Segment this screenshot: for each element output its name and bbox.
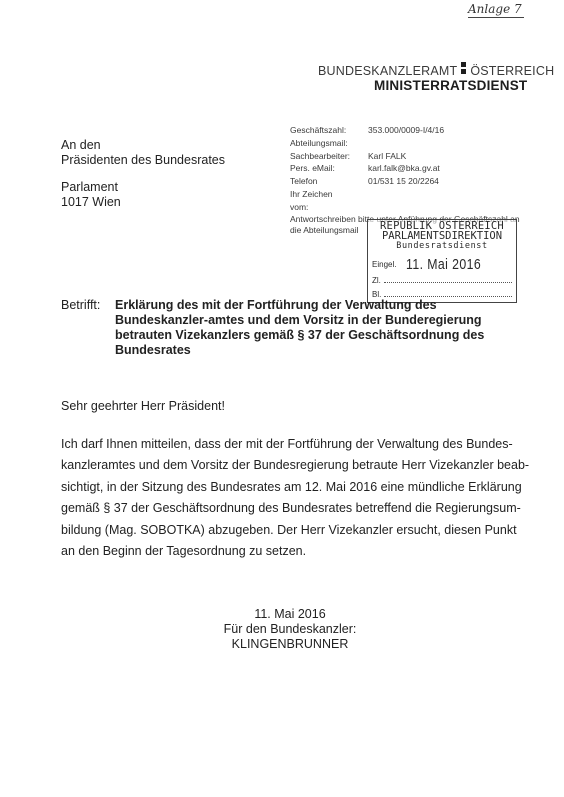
body-line: an den Beginn der Tagesordnung zu setzen… bbox=[61, 541, 517, 562]
subject-label: Betrifft: bbox=[61, 298, 115, 358]
stamp-received-date: 11. Mai 2016 bbox=[406, 256, 481, 273]
recipient-line: 1017 Wien bbox=[61, 195, 225, 210]
body-line: bildung (Mag. SOBOTKA) abzugeben. Der He… bbox=[61, 520, 517, 541]
reference-label: Ihr Zeichen bbox=[290, 188, 368, 201]
recipient-line: Präsidenten des Bundesrates bbox=[61, 153, 225, 168]
letterhead-department: MINISTERRATSDIENST bbox=[374, 78, 527, 93]
reference-label: Pers. eMail: bbox=[290, 162, 368, 175]
body-line: Ich darf Ihnen mitteilen, dass der mit d… bbox=[61, 434, 517, 455]
stamp-zl-label: Zl. bbox=[372, 276, 381, 285]
stamp-line: Bundesratsdienst bbox=[368, 242, 516, 251]
reference-value: 353.000/0009-I/4/16 bbox=[368, 124, 444, 137]
reference-value: Karl FALK bbox=[368, 150, 406, 163]
letterhead-organization: BUNDESKANZLERAMTÖSTERREICH bbox=[318, 62, 554, 78]
reference-row: Telefon01/531 15 20/2264 bbox=[290, 175, 444, 188]
reference-row: Sachbearbeiter:Karl FALK bbox=[290, 150, 444, 163]
reference-label: vom: bbox=[290, 201, 368, 214]
recipient-line: An den bbox=[61, 138, 225, 153]
closing-on-behalf: Für den Bundeskanzler: bbox=[160, 622, 420, 637]
body-line: sichtigt, in der Sitzung des Bundesrates… bbox=[61, 477, 517, 498]
reference-row: Abteilungsmail: bbox=[290, 137, 444, 150]
recipient-address: An den Präsidenten des Bundesrates Parla… bbox=[61, 138, 225, 209]
reference-label: Abteilungsmail: bbox=[290, 137, 368, 150]
body-line: gemäß § 37 der Geschäftsordnung des Bund… bbox=[61, 498, 517, 519]
closing-block: 11. Mai 2016 Für den Bundeskanzler: KLIN… bbox=[160, 607, 420, 652]
handwritten-annotation: Anlage 7 bbox=[468, 2, 524, 18]
reference-row: Geschäftszahl:353.000/0009-I/4/16 bbox=[290, 124, 444, 137]
org-name-right: ÖSTERREICH bbox=[470, 64, 554, 78]
stamp-zl-line: Zl. bbox=[372, 276, 512, 285]
stamp-received-label: Eingel. bbox=[372, 260, 396, 269]
reference-email[interactable]: karl.falk@bka.gv.at bbox=[368, 162, 440, 175]
letter-body: Ich darf Ihnen mitteilen, dass der mit d… bbox=[61, 434, 517, 562]
austria-flag-squares-icon bbox=[461, 62, 466, 76]
reference-row: Ihr Zeichen bbox=[290, 188, 444, 201]
reference-label: Telefon bbox=[290, 175, 368, 188]
org-name-left: BUNDESKANZLERAMT bbox=[318, 64, 457, 78]
body-line: kanzleramtes und dem Vorsitz der Bundesr… bbox=[61, 455, 517, 476]
reference-label: Geschäftszahl: bbox=[290, 124, 368, 137]
subject-text: Erklärung des mit der Fortführung der Ve… bbox=[115, 298, 515, 358]
signatory-name: KLINGENBRUNNER bbox=[160, 637, 420, 652]
reference-value: 01/531 15 20/2264 bbox=[368, 175, 439, 188]
receipt-stamp: REPUBLIK ÖSTERREICH PARLAMENTSDIREKTION … bbox=[367, 219, 517, 303]
reference-row: vom: bbox=[290, 201, 444, 214]
annotation-text: Anlage 7 bbox=[468, 2, 522, 16]
subject-block: Betrifft: Erklärung des mit der Fortführ… bbox=[61, 298, 515, 358]
recipient-line: Parlament bbox=[61, 180, 225, 195]
reference-row: Pers. eMail:karl.falk@bka.gv.at bbox=[290, 162, 444, 175]
salutation: Sehr geehrter Herr Präsident! bbox=[61, 399, 225, 413]
reference-label: Sachbearbeiter: bbox=[290, 150, 368, 163]
reference-block: Geschäftszahl:353.000/0009-I/4/16 Abteil… bbox=[290, 124, 444, 214]
stamp-line: PARLAMENTSDIREKTION bbox=[368, 231, 516, 241]
annotation-underline bbox=[468, 17, 524, 18]
closing-date: 11. Mai 2016 bbox=[160, 607, 420, 622]
